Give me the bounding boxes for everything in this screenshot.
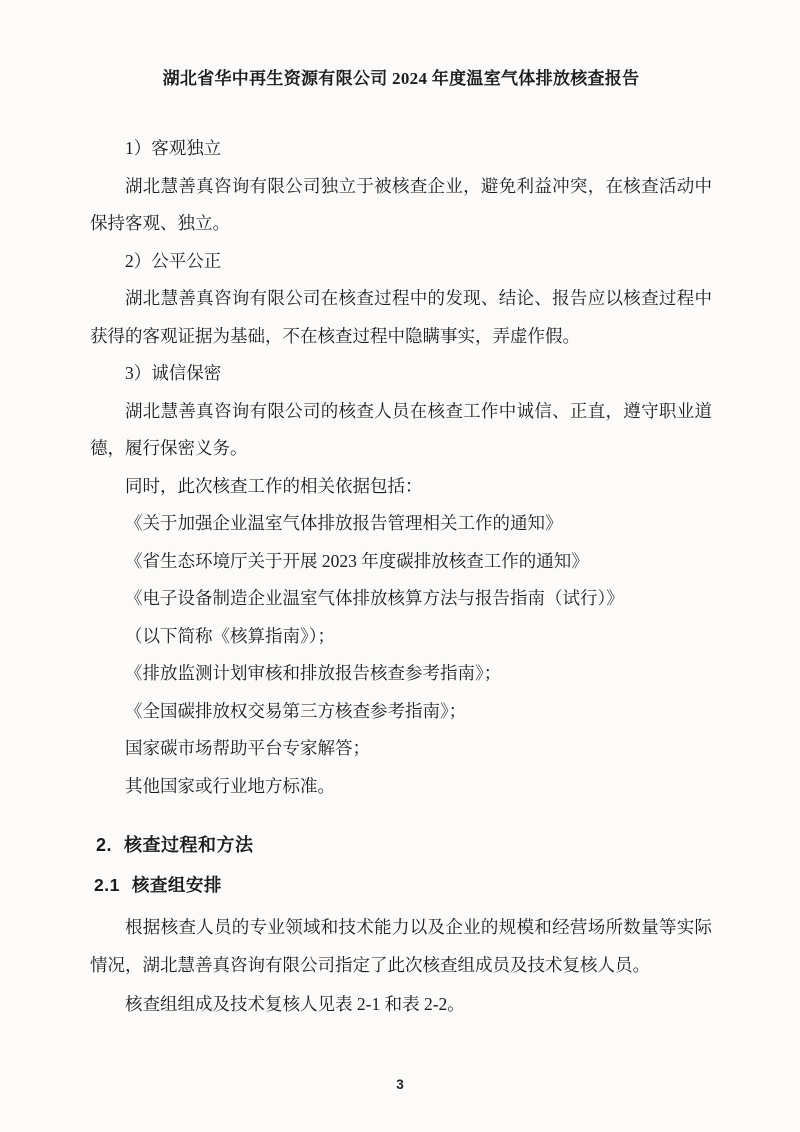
basis-reference: 其他国家或行业地方标准。 xyxy=(90,768,712,806)
section-2-1-heading: 2.1核查组安排 xyxy=(94,867,712,905)
section-2-1-title: 核查组安排 xyxy=(132,875,222,895)
tables-reference-paragraph: 核查组组成及技术复核人见表 2-1 和表 2-2。 xyxy=(90,986,712,1024)
principle-1-body: 湖北慧善真咨询有限公司独立于被核查企业，避免利益冲突，在核查活动中保持客观、独立… xyxy=(90,168,712,243)
section-2-1-number: 2.1 xyxy=(94,875,120,895)
principle-3-body: 湖北慧善真咨询有限公司的核查人员在核查工作中诚信、正直，遵守职业道德，履行保密义… xyxy=(90,393,712,468)
basis-reference: 《全国碳排放权交易第三方核查参考指南》； xyxy=(90,693,712,731)
principle-2-heading: 2）公平公正 xyxy=(90,243,712,281)
basis-intro: 同时，此次核查工作的相关依据包括： xyxy=(90,468,712,506)
basis-reference: 《电子设备制造企业温室气体排放核算方法与报告指南（试行）》 xyxy=(90,580,712,618)
basis-reference: 国家碳市场帮助平台专家解答； xyxy=(90,730,712,768)
basis-reference: 《排放监测计划审核和排放报告核查参考指南》； xyxy=(90,655,712,693)
section-2-number: 2. xyxy=(96,835,112,855)
document-body: 1）客观独立 湖北慧善真咨询有限公司独立于被核查企业，避免利益冲突，在核查活动中… xyxy=(90,130,712,1024)
principle-1-heading: 1）客观独立 xyxy=(90,130,712,168)
basis-reference: 《省生态环境厅关于开展 2023 年度碳排放核查工作的通知》 xyxy=(90,543,712,581)
document-title: 湖北省华中再生资源有限公司 2024 年度温室气体排放核查报告 xyxy=(90,60,712,98)
document-page: 湖北省华中再生资源有限公司 2024 年度温室气体排放核查报告 1）客观独立 湖… xyxy=(0,0,800,1132)
basis-reference: 《关于加强企业温室气体排放报告管理相关工作的通知》 xyxy=(90,505,712,543)
basis-reference: （以下简称《核算指南》）； xyxy=(90,618,712,656)
section-2-heading: 2.核查过程和方法 xyxy=(96,827,712,865)
principle-3-heading: 3）诚信保密 xyxy=(90,355,712,393)
principle-2-body: 湖北慧善真咨询有限公司在核查过程中的发现、结论、报告应以核查过程中获得的客观证据… xyxy=(90,280,712,355)
page-number: 3 xyxy=(0,1077,800,1092)
section-2-title: 核查过程和方法 xyxy=(124,835,254,855)
team-arrangement-paragraph: 根据核查人员的专业领域和技术能力以及企业的规模和经营场所数量等实际情况，湖北慧善… xyxy=(90,909,712,984)
